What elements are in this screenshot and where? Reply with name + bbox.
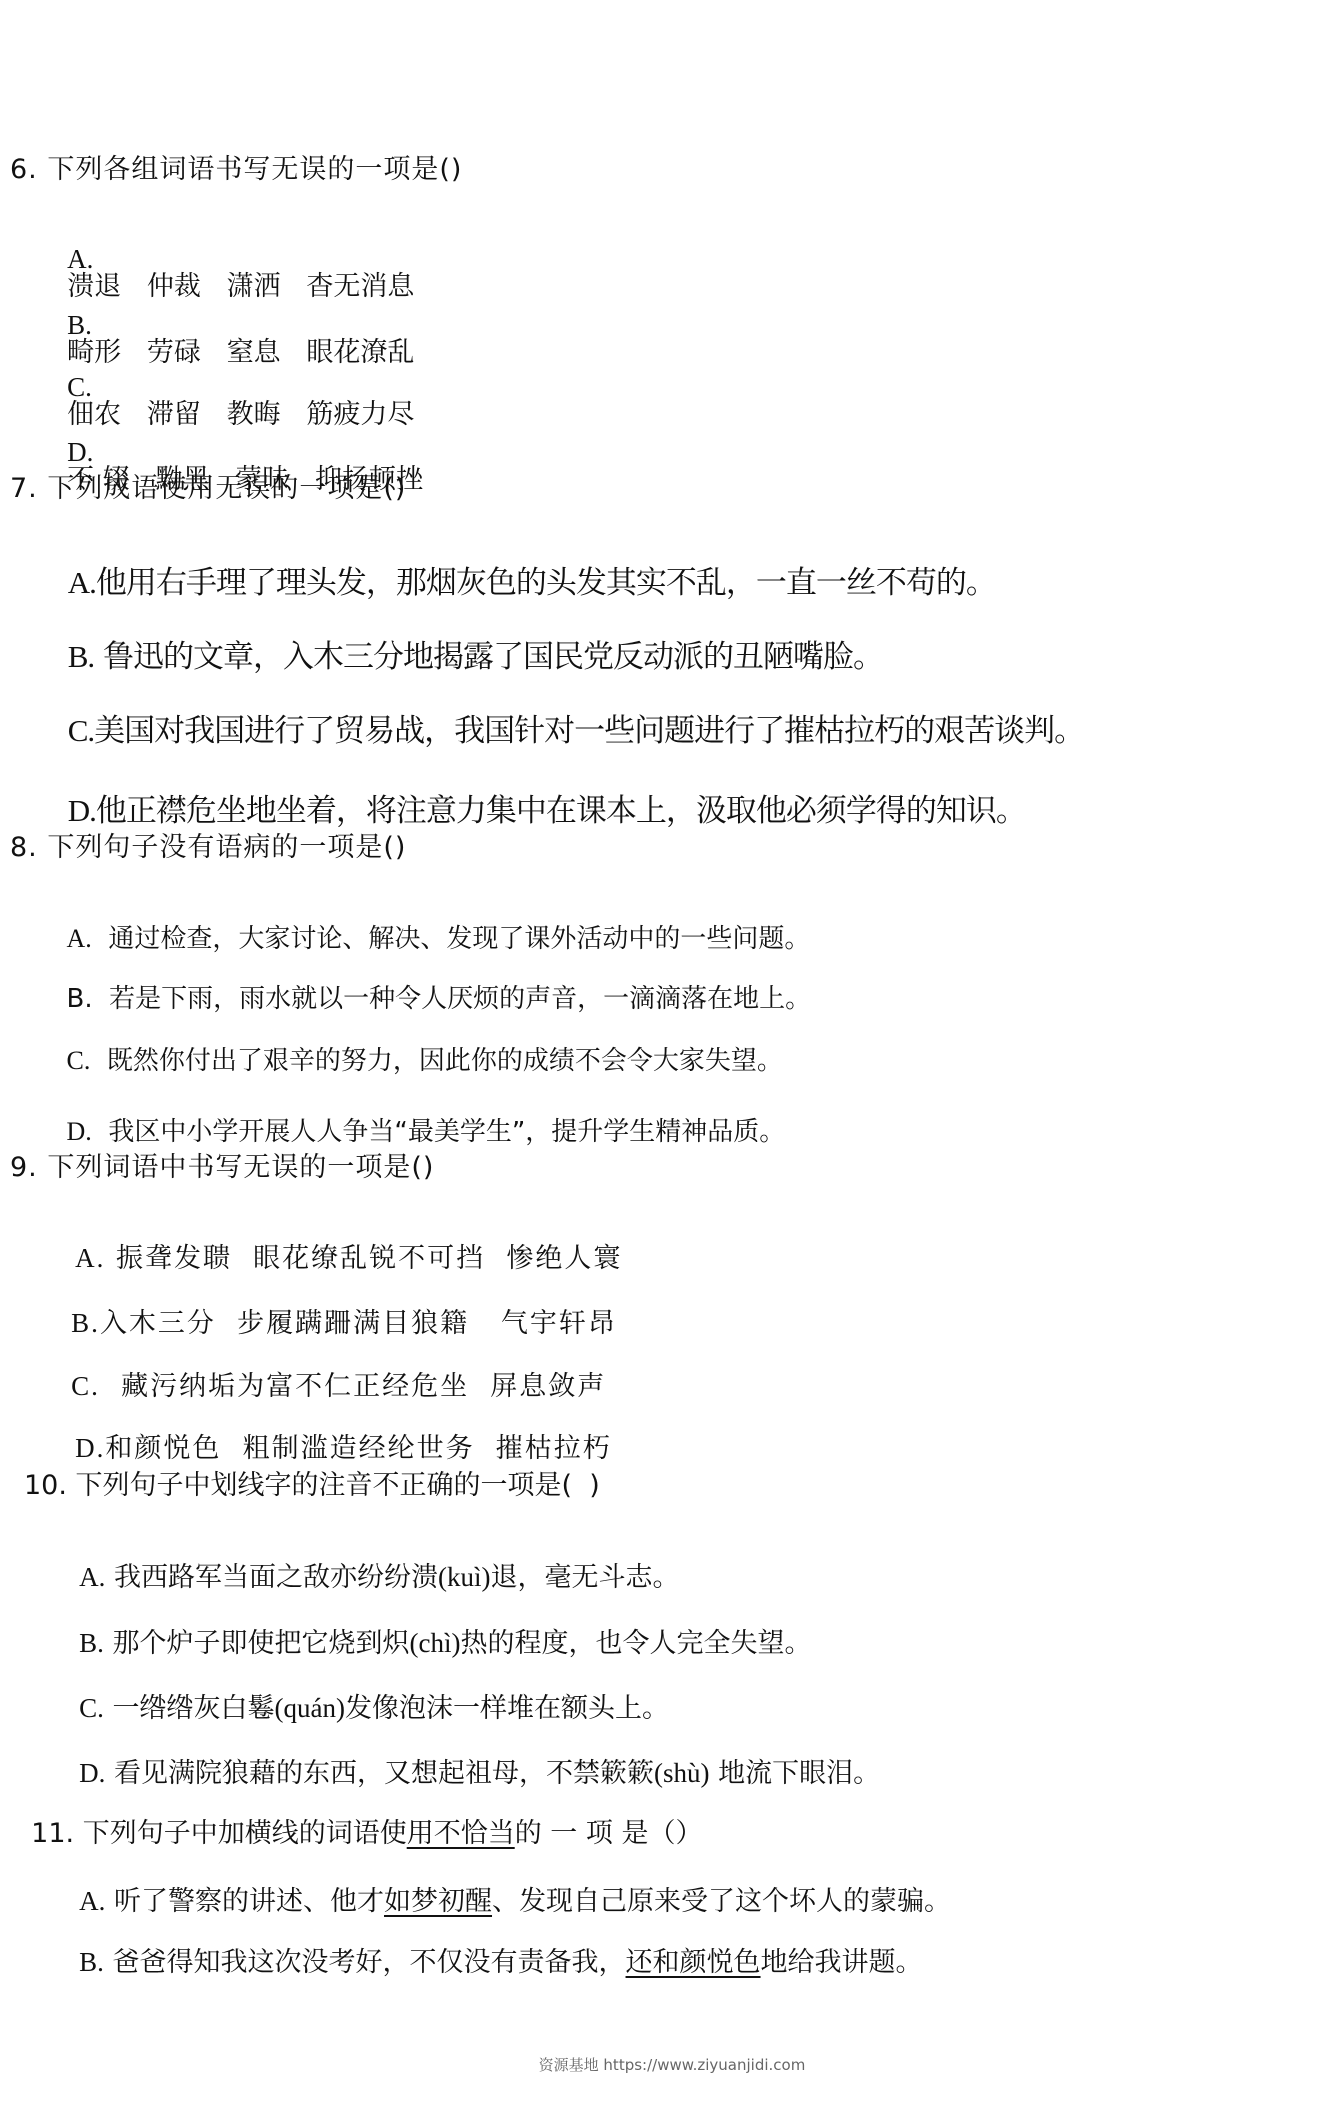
q8-option-c: C. 既然你付出了艰辛的努力，因此你的成绩不会令大家失望。 [50, 1022, 783, 1074]
question-7-title: 7. 下列成语使用无误的一项是() [10, 475, 406, 502]
option-text-rest: 退，毫无斗志。 [491, 1562, 680, 1593]
option-letter: A. [67, 924, 92, 953]
option-letter: D. [75, 1433, 105, 1463]
option-letter: A. [79, 1886, 105, 1916]
pinyin: (chì) [410, 1628, 461, 1658]
q10-option-d: D. 看见满院狼藉的东西，又想起祖母，不禁簌簌(shù) 地流下眼泪。 [62, 1733, 880, 1787]
option-letter: B. [79, 1628, 104, 1658]
q9-option-c: C. 藏污纳垢为富不仁正经危坐 屏息敛声 [50, 1346, 606, 1400]
option-text: 振聋发聩 眼花缭乱锐不可挡 惨绝人寰 [116, 1243, 622, 1274]
option-letter: B. [79, 1947, 104, 1977]
underlined-phrase: 还和颜悦色 [626, 1947, 761, 1978]
pinyin: (kuì) [438, 1562, 490, 1592]
option-text: 美国对我国进行了贸易战，我国针对一些问题进行了摧枯拉朽的艰苦谈判。 [94, 713, 1084, 749]
pinyin: (shù) [654, 1758, 710, 1788]
question-9-title: 9. 下列词语中书写无误的一项是() [10, 1154, 434, 1181]
option-text: 那个炉子即使把它烧到炽 [113, 1628, 410, 1659]
option-text: 听了警察的讲述、他才 [114, 1886, 384, 1917]
option-text: 既然你付出了艰辛的努力，因此你的成绩不会令大家失望。 [107, 1046, 783, 1076]
option-letter: C. [67, 1046, 91, 1075]
option-letter: A. [68, 565, 96, 600]
option-letter: D. [79, 1758, 105, 1788]
option-letter: C. [67, 372, 92, 402]
q7-option-a: A.他用右手理了理头发，那烟灰色的头发其实不乱，一直一丝不苟的。 [50, 536, 996, 599]
underlined-phrase: 如梦初醒 [384, 1886, 492, 1917]
q11-option-a: A. 听了警察的讲述、他才如梦初醒、发现自己原来受了这个坏人的蒙骗。 [62, 1861, 951, 1915]
option-text: 和颜悦色 粗制滥造经纶世务 摧枯拉朽 [105, 1433, 611, 1464]
q8-option-b: B. 若是下雨，雨水就以一种令人厌烦的声音，一滴滴落在地上。 [50, 960, 811, 1012]
q10-option-a: A. 我西路军当面之敌亦纷纷溃(kuì)退，毫无斗志。 [62, 1537, 680, 1591]
option-text: 他正襟危坐地坐着，将注意力集中在课本上，汲取他必须学得的知识。 [96, 793, 1026, 829]
option-text-rest: 发像泡沫一样堆在额头上。 [345, 1693, 669, 1724]
option-letter: B. [68, 639, 94, 674]
title-text-rest: 的 一 项 是（） [515, 1818, 703, 1849]
option-text: 一绺绺灰白鬈 [113, 1693, 275, 1724]
option-text-rest: 、发现自己原来受了这个坏人的蒙骗。 [492, 1886, 951, 1917]
option-text: 鲁迅的文章，入木三分地揭露了国民党反动派的丑陋嘴脸。 [103, 639, 883, 675]
option-text: 看见满院狼藉的东西，又想起祖母，不禁簌簌 [114, 1758, 654, 1789]
q9-option-b: B.入木三分 步履蹒跚满目狼籍 气宇轩昂 [50, 1283, 617, 1337]
option-text-rest: 地流下眼泪。 [710, 1758, 881, 1789]
q8-option-d: D. 我区中小学开展人人争当“最美学生”，提升学生精神品质。 [50, 1093, 785, 1145]
option-text: 若是下雨，雨水就以一种令人厌烦的声音，一滴滴落在地上。 [109, 984, 811, 1014]
q10-option-b: B. 那个炉子即使把它烧到炽(chì)热的程度，也令人完全失望。 [62, 1603, 812, 1657]
option-letter: D. [67, 1117, 92, 1146]
q9-option-a: A. 振聋发聩 眼花缭乱锐不可挡 惨绝人寰 [54, 1218, 622, 1272]
q7-option-d: D.他正襟危坐地坐着，将注意力集中在课本上，汲取他必须学得的知识。 [50, 764, 1026, 827]
option-text: 他用右手理了理头发，那烟灰色的头发其实不乱，一直一丝不苟的。 [96, 565, 996, 601]
option-text: 藏污纳垢为富不仁正经危坐 屏息敛声 [121, 1371, 606, 1402]
option-letter: A. [67, 244, 93, 274]
footer-watermark: 资源基地 https://www.ziyuanjidi.com [0, 2054, 1344, 2075]
q7-option-c: C.美国对我国进行了贸易战，我国针对一些问题进行了摧枯拉朽的艰苦谈判。 [50, 684, 1084, 747]
option-text: 通过检查，大家讨论、解决、发现了课外活动中的一些问题。 [108, 924, 810, 954]
option-letter: C. [79, 1693, 104, 1723]
option-letter: A. [75, 1243, 105, 1273]
option-letter: D. [68, 793, 96, 828]
q7-option-b: B. 鲁迅的文章，入木三分地揭露了国民党反动派的丑陋嘴脸。 [50, 610, 883, 673]
underlined-phrase: 用不恰当 [407, 1818, 515, 1849]
q10-option-c: C. 一绺绺灰白鬈(quán)发像泡沫一样堆在额头上。 [62, 1668, 669, 1722]
option-text: 爸爸得知我这次没考好，不仅没有责备我， [113, 1947, 626, 1978]
option-letter: D. [67, 437, 93, 467]
option-letter: A. [79, 1562, 105, 1592]
q8-option-a: A. 通过检查，大家讨论、解决、发现了课外活动中的一些问题。 [50, 900, 810, 952]
option-letter: B. [67, 310, 92, 340]
option-letter: C. [71, 1371, 100, 1401]
option-text: 我西路军当面之敌亦纷纷溃 [114, 1562, 438, 1593]
q11-option-b: B. 爸爸得知我这次没考好，不仅没有责备我，还和颜悦色地给我讲题。 [62, 1922, 923, 1976]
question-8-title: 8. 下列句子没有语病的一项是() [10, 834, 406, 861]
pinyin: (quán) [275, 1693, 345, 1723]
option-text: 入木三分 步履蹒跚满目狼籍 气宇轩昂 [100, 1308, 617, 1339]
option-letter: B. [71, 1308, 100, 1338]
option-letter: B. [67, 984, 93, 1014]
question-11-title: 11. 下列句子中加横线的词语使用不恰当的 一 项 是（） [14, 1793, 702, 1847]
option-text-rest: 地给我讲题。 [761, 1947, 923, 1978]
option-text-rest: 热的程度，也令人完全失望。 [461, 1628, 812, 1659]
option-text: 我区中小学开展人人争当“最美学生”，提升学生精神品质。 [108, 1117, 785, 1147]
option-letter: C. [68, 713, 94, 748]
question-6-title: 6. 下列各组词语书写无误的一项是() [10, 156, 462, 183]
title-text: 11. 下列句子中加横线的词语使 [31, 1818, 407, 1849]
q9-option-d: D.和颜悦色 粗制滥造经纶世务 摧枯拉朽 [54, 1408, 612, 1462]
question-10-title: 10. 下列句子中划线字的注音不正确的一项是( ) [24, 1472, 600, 1499]
